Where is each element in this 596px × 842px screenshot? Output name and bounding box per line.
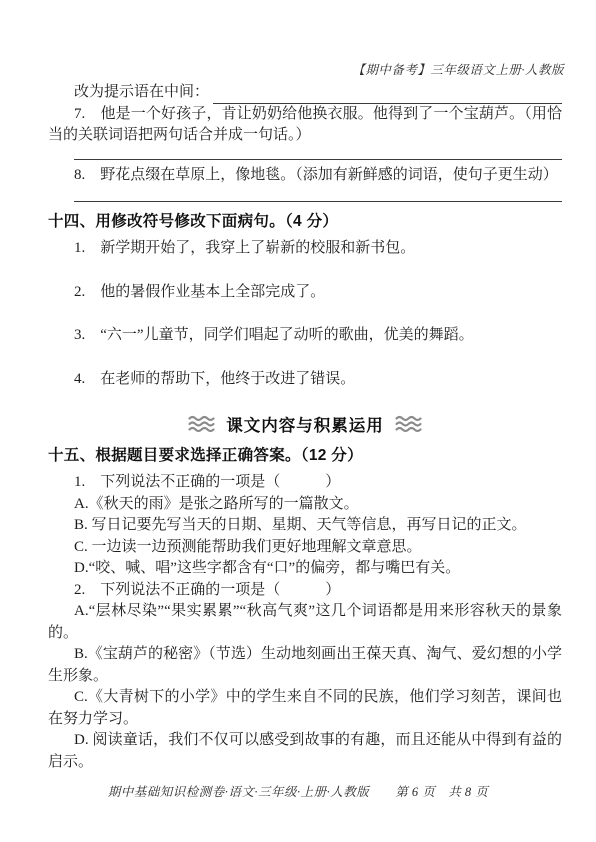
banner-title: 课文内容与积累运用 — [226, 412, 384, 436]
section-14-item-3: 3. “六一”儿童节，同学们唱起了动听的歌曲，优美的舞蹈。 — [48, 325, 562, 347]
section-14-item-1: 1. 新学期开始了，我穿上了崭新的校服和新书包。 — [48, 238, 562, 260]
question-7: 7. 他是一个好孩子，肯让奶奶给他换衣服。他得到了一个宝葫芦。（用恰当的关联词语… — [48, 104, 562, 147]
section-14-title: 十四、用修改符号修改下面病句。（4 分） — [48, 211, 562, 233]
page-header: 【期中备考】三年级语文上册·人教版 — [48, 60, 564, 78]
wave-icon — [188, 415, 215, 433]
question-8: 8. 野花点缀在草原上，像地毯。（添加有新鲜感的词语，使句子更生动） — [48, 165, 562, 187]
rewrite-prompt-row: 改为提示语在中间： — [74, 82, 562, 104]
s15-q2-stem: 2. 下列说法不正确的一项是（ ） — [48, 580, 562, 602]
s15-q2-option-d: D. 阅读童话，我们不仅可以感受到故事的有趣，而且还能从中得到有益的启示。 — [48, 730, 562, 773]
page-content: 改为提示语在中间： 7. 他是一个好孩子，肯让奶奶给他换衣服。他得到了一个宝葫芦… — [48, 82, 562, 773]
section-14-item-4: 4. 在老师的帮助下，他终于改进了错误。 — [48, 369, 562, 391]
exam-paper-page: 【期中备考】三年级语文上册·人教版 改为提示语在中间： 7. 他是一个好孩子，肯… — [0, 0, 596, 842]
s15-q1-option-d: D.“咬、喊、唱”这些字都含有“口”的偏旁，都与嘴巴有关。 — [48, 558, 562, 580]
section-banner: 课文内容与积累运用 — [48, 412, 562, 436]
answer-blank-line — [74, 186, 562, 202]
wave-icon — [395, 415, 422, 433]
answer-blank-line — [213, 87, 562, 104]
rewrite-prompt-label: 改为提示语在中间： — [74, 82, 209, 104]
s15-q2-option-a: A.“层林尽染”“果实累累”“秋高气爽”这几个词语都是用来形容秋天的景象的。 — [48, 601, 562, 644]
s15-q1-option-b: B. 写日记要先写当天的日期、星期、天气等信息，再写日记的正文。 — [48, 515, 562, 537]
s15-q1-stem: 1. 下列说法不正确的一项是（ ） — [48, 472, 562, 494]
section-14-item-2: 2. 他的暑假作业基本上全部完成了。 — [48, 282, 562, 304]
s15-q2-option-c: C.《大青树下的小学》中的学生来自不同的民族，他们学习刻苦，课间也在努力学习。 — [48, 687, 562, 730]
s15-q1-option-a: A.《秋天的雨》是张之路所写的一篇散文。 — [48, 494, 562, 516]
section-15-title: 十五、根据题目要求选择正确答案。（12 分） — [48, 445, 562, 467]
edition-label: 【期中备考】三年级语文上册·人教版 — [352, 63, 564, 77]
answer-blank-line — [74, 147, 562, 160]
page-footer: 期中基础知识检测卷·语文·三年级·上册·人教版第 6 页 共 8 页 — [0, 782, 596, 800]
page-number-info: 第 6 页 共 8 页 — [395, 785, 488, 799]
s15-q2-option-b: B.《宝葫芦的秘密》（节选）生动地刻画出王葆天真、淘气、爱幻想的小学生形象。 — [48, 644, 562, 687]
footer-title: 期中基础知识检测卷·语文·三年级·上册·人教版 — [108, 785, 370, 799]
s15-q1-option-c: C. 一边读一边预测能帮助我们更好地理解文章意思。 — [48, 537, 562, 559]
